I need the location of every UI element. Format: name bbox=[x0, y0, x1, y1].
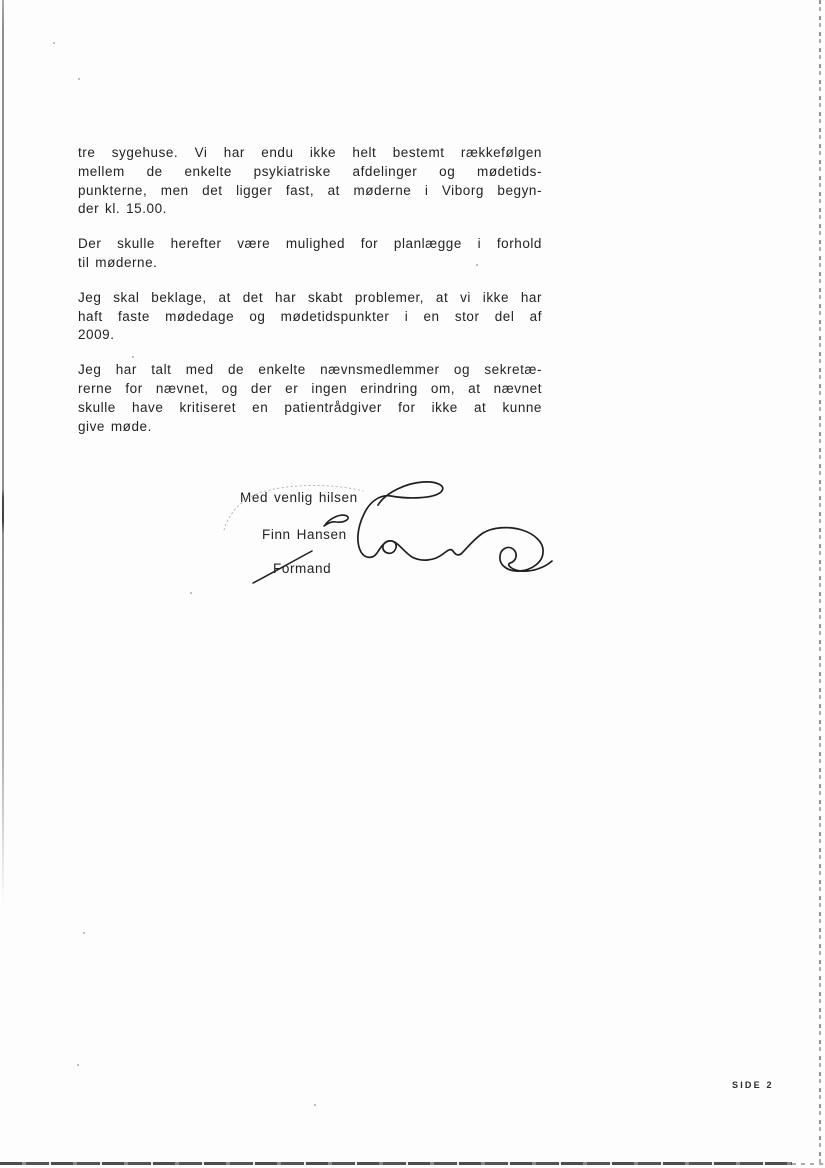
text-line: haft faste mødedage og mødetidspunkter i… bbox=[78, 308, 542, 327]
letter-body: tre sygehuse. Vi har endu ikke helt best… bbox=[78, 144, 542, 452]
text-line: Jeg skal beklage, at det har skabt probl… bbox=[78, 289, 542, 308]
signature-scribble bbox=[324, 515, 348, 526]
scan-speck bbox=[77, 1064, 79, 1066]
paragraph: Jeg har talt med de enkelte nævnsmedlemm… bbox=[78, 361, 542, 436]
page-number: SIDE 2 bbox=[732, 1080, 774, 1090]
scan-speck bbox=[476, 264, 478, 266]
text-line: skulle have kritiseret en patientrådgive… bbox=[78, 399, 542, 418]
scan-speck bbox=[78, 78, 80, 80]
signature bbox=[205, 466, 565, 596]
scan-speck bbox=[132, 356, 134, 358]
text-line: tre sygehuse. Vi har endu ikke helt best… bbox=[78, 144, 542, 163]
scan-edge-left-line bbox=[2, 0, 4, 905]
text-line: der kl. 15.00. bbox=[78, 200, 542, 219]
paragraph: Jeg skal beklage, at det har skabt probl… bbox=[78, 289, 542, 345]
scan-speck bbox=[83, 932, 85, 934]
text-line: mellem de enkelte psykiatriske afdelinge… bbox=[78, 163, 542, 182]
paragraph: Der skulle herefter være mulighed for pl… bbox=[78, 235, 542, 273]
scan-edge-bottom-line bbox=[0, 1162, 792, 1165]
scan-edge-right-line bbox=[819, 0, 821, 1168]
text-line: rerne for nævnet, og der er ingen erindr… bbox=[78, 380, 542, 399]
signatory-title: Formand bbox=[273, 561, 331, 576]
text-line: punkterne, men det ligger fast, at møder… bbox=[78, 182, 542, 201]
scan-speck bbox=[53, 42, 55, 44]
signature-flourish bbox=[358, 482, 552, 571]
scan-speck bbox=[190, 592, 192, 594]
closing-salutation: Med venlig hilsen bbox=[240, 490, 358, 505]
scan-edge-bottom-line-faint bbox=[792, 1163, 825, 1165]
text-line: til møderne. bbox=[78, 254, 542, 273]
scanned-letter-page: tre sygehuse. Vi har endu ikke helt best… bbox=[0, 0, 825, 1168]
text-line: give møde. bbox=[78, 418, 542, 437]
signatory-name: Finn Hansen bbox=[262, 527, 347, 542]
paragraph: tre sygehuse. Vi har endu ikke helt best… bbox=[78, 144, 542, 219]
text-line: 2009. bbox=[78, 326, 542, 345]
scan-speck bbox=[314, 1104, 316, 1106]
text-line: Jeg har talt med de enkelte nævnsmedlemm… bbox=[78, 361, 542, 380]
text-line: Der skulle herefter være mulighed for pl… bbox=[78, 235, 542, 254]
